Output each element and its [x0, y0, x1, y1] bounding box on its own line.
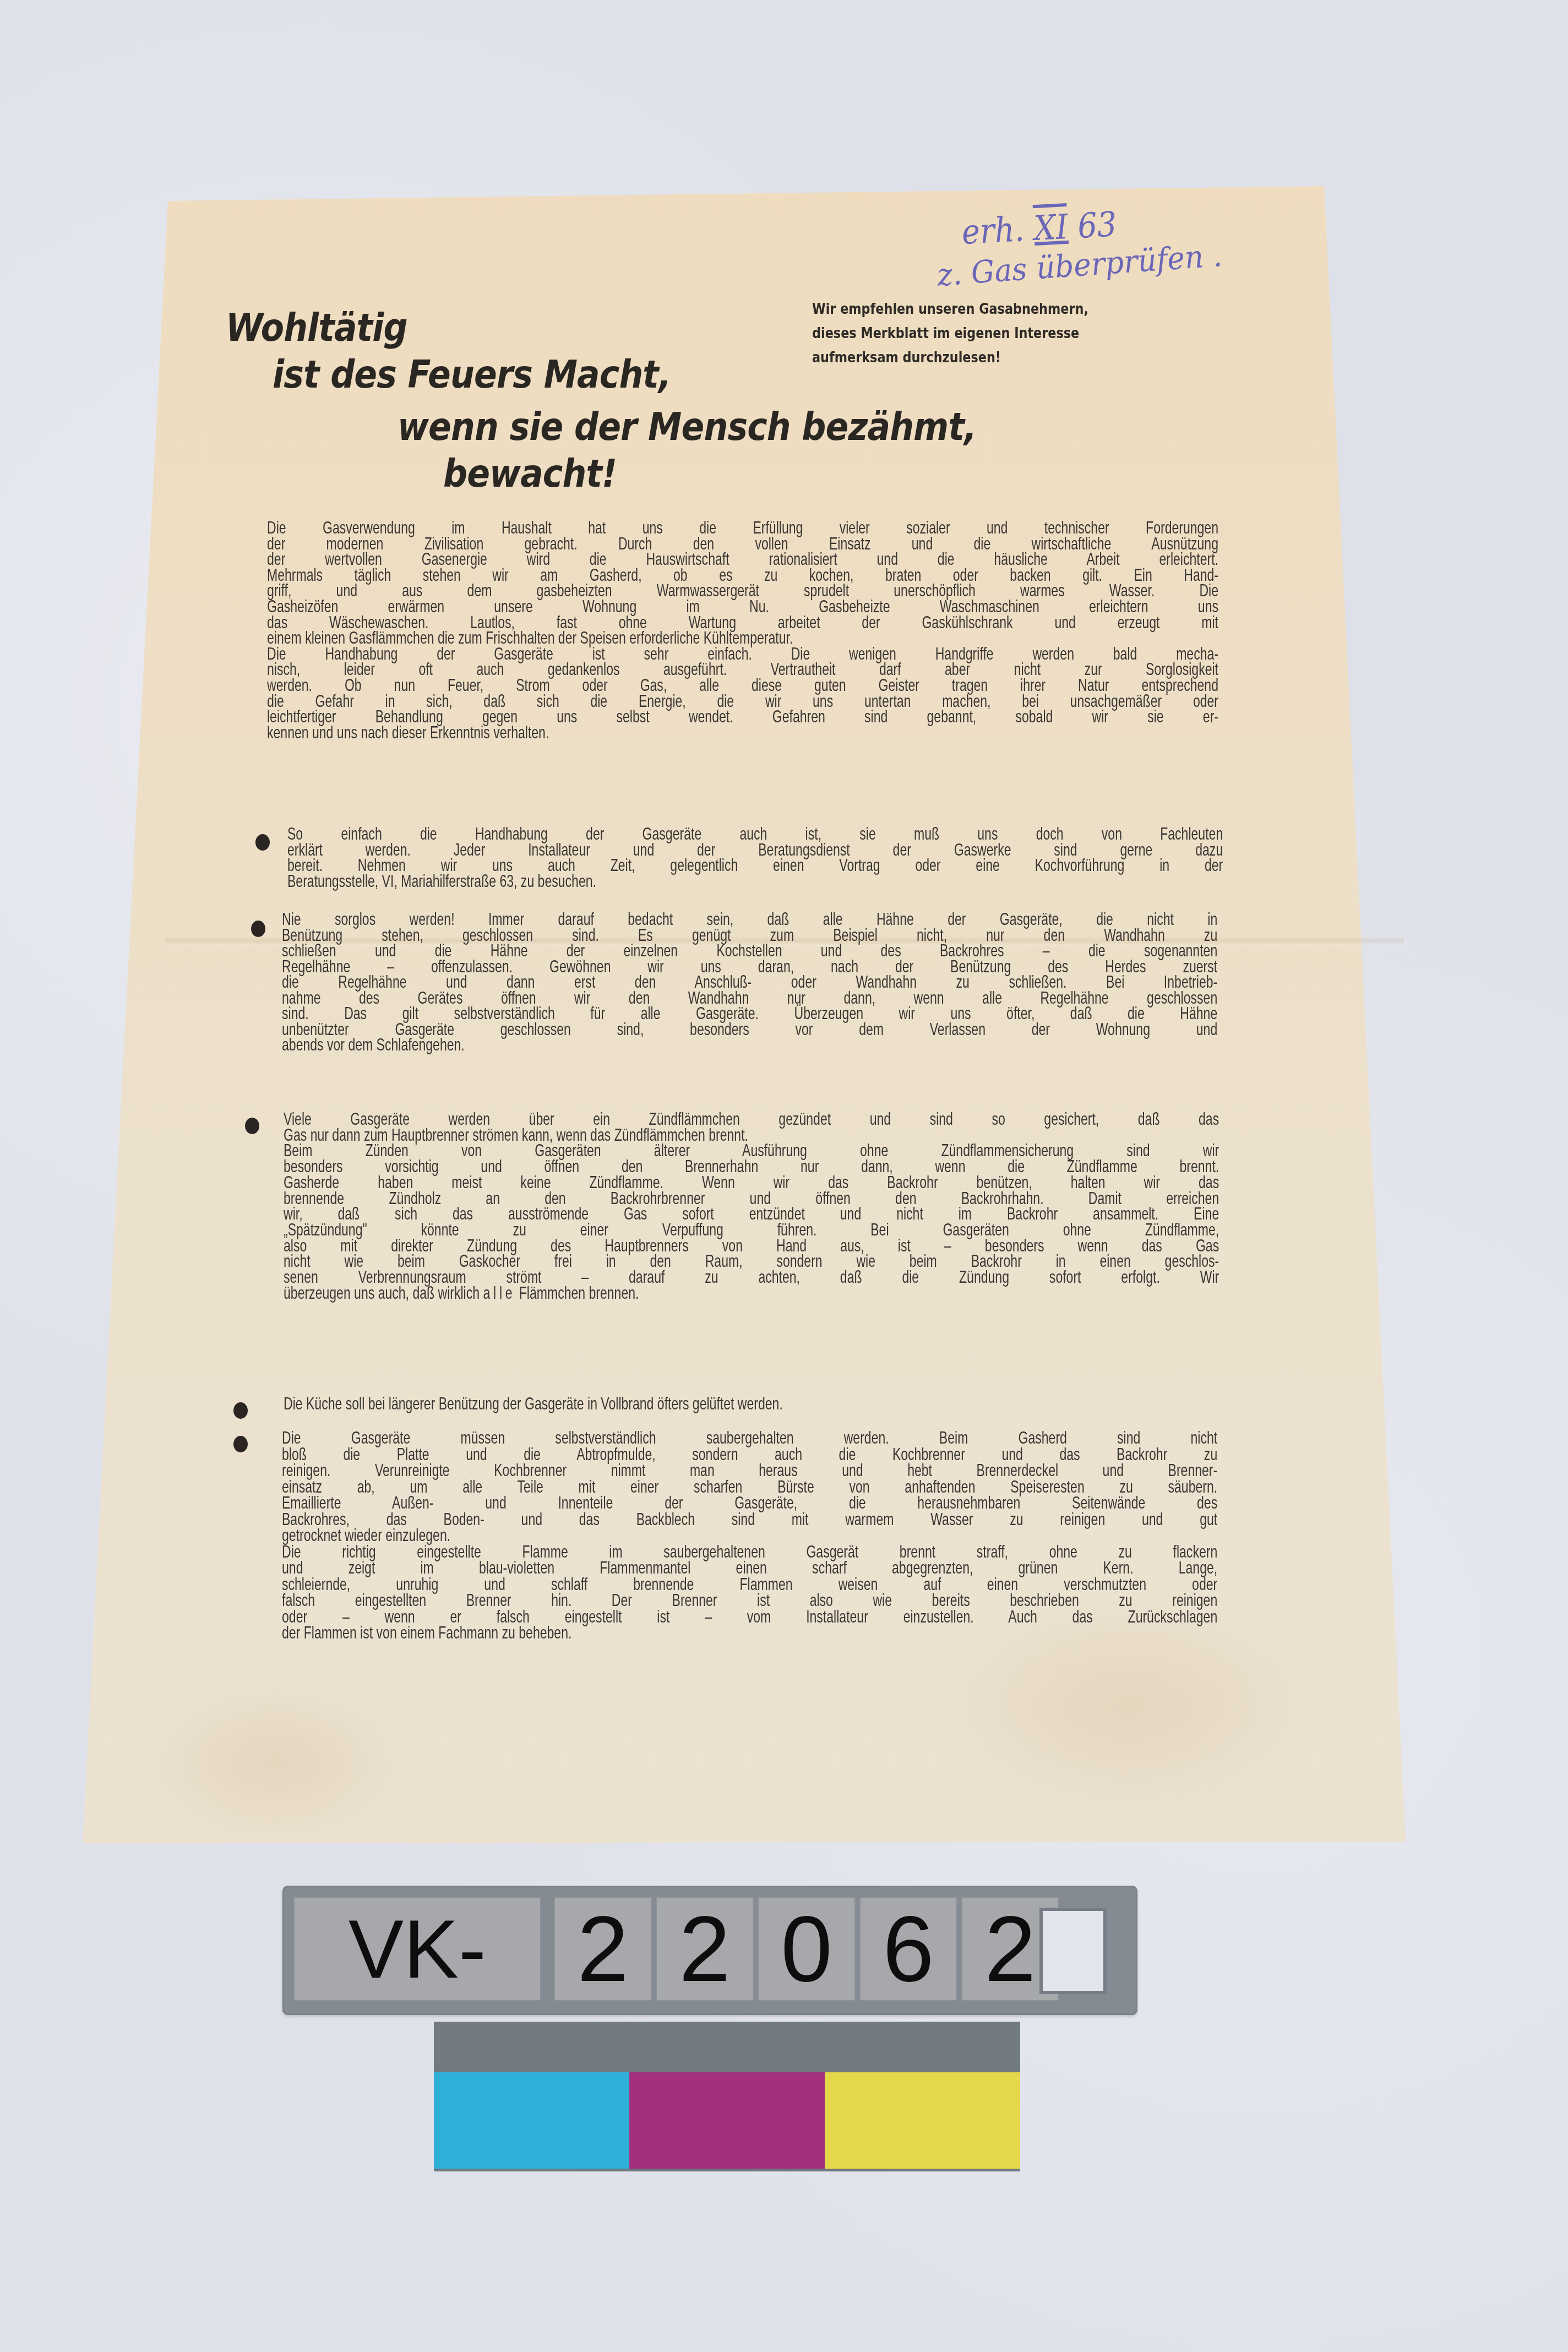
- text-line: abends vor dem Schlafengehen.: [282, 1037, 1217, 1053]
- label-empty-slot: [1039, 1908, 1107, 1994]
- swatch-magenta: [629, 2072, 825, 2169]
- text-line: überzeugen uns auch, daß wirklich alle F…: [284, 1285, 1219, 1301]
- recommendation-line: aufmerksam durchzulesen!: [812, 346, 1172, 370]
- bullet-paragraph-4: Die Küche soll bei längerer Benützung de…: [284, 1396, 1219, 1411]
- strip-top-bar: [434, 2022, 1020, 2071]
- bullet-paragraph-1: So einfach die Handhabung der Gasgeräte …: [287, 826, 1223, 889]
- headline-line-4: bewacht!: [443, 454, 617, 493]
- handwritten-prefix: erh.: [961, 209, 1025, 252]
- bullet-paragraph-2: Nie sorglos werden! Immer darauf bedacht…: [282, 911, 1217, 1053]
- bullet-icon: [255, 834, 270, 851]
- headline-line-3: wenn sie der Mensch bezähmt,: [398, 407, 977, 446]
- recommendation-line: Wir empfehlen unseren Gasabnehmern,: [812, 297, 1172, 322]
- paper-stain: [138, 1679, 413, 1844]
- label-tile-digit: 2: [554, 1897, 652, 2001]
- text-line: Beratungsstelle, VI, Mariahilferstraße 6…: [287, 873, 1223, 889]
- color-reference-strip: [434, 2022, 1020, 2171]
- bullet-icon: [233, 1436, 248, 1452]
- bullet-paragraph-3: Viele Gasgeräte werden über ein Zündfläm…: [284, 1111, 1219, 1300]
- text-line: kennen und uns nach dieser Erkenntnis ve…: [267, 725, 1218, 741]
- bullet-icon: [233, 1402, 248, 1419]
- swatch-cyan: [434, 2072, 629, 2169]
- handwritten-year: 63: [1076, 204, 1118, 246]
- handwritten-month: XI: [1033, 206, 1069, 248]
- handwritten-note-line-1: erh. XI 63: [961, 204, 1118, 252]
- bullet-icon: [251, 921, 265, 937]
- label-tile-digit: 2: [656, 1897, 754, 2001]
- text-line: der Flammen ist von einem Fachmann zu be…: [282, 1625, 1217, 1641]
- swatch-yellow: [825, 2072, 1020, 2169]
- intro-paragraph: Die Gasverwendung im Haushalt hat uns di…: [267, 520, 1218, 740]
- label-tile-digit: 6: [859, 1897, 957, 2001]
- bullet-icon: [245, 1118, 259, 1134]
- bullet-paragraph-5: Die Gasgeräte müssen selbstverständlich …: [282, 1430, 1217, 1641]
- text-line: Die Küche soll bei längerer Benützung de…: [284, 1396, 1219, 1411]
- headline-line-2: ist des Feuers Macht,: [273, 355, 671, 394]
- recommendation-line: dieses Merkblatt im eigenen Interesse: [812, 322, 1172, 346]
- inventory-number-label: VK- 2 2 0 6 2: [282, 1886, 1137, 2015]
- label-tile-prefix: VK-: [293, 1897, 541, 2001]
- recommendation-note: Wir empfehlen unseren Gasabnehmern, dies…: [812, 297, 1172, 370]
- label-tile-digit: 0: [758, 1897, 856, 2001]
- emphasized-word: alle: [483, 1283, 515, 1303]
- headline-line-1: Wohltätig: [226, 308, 407, 347]
